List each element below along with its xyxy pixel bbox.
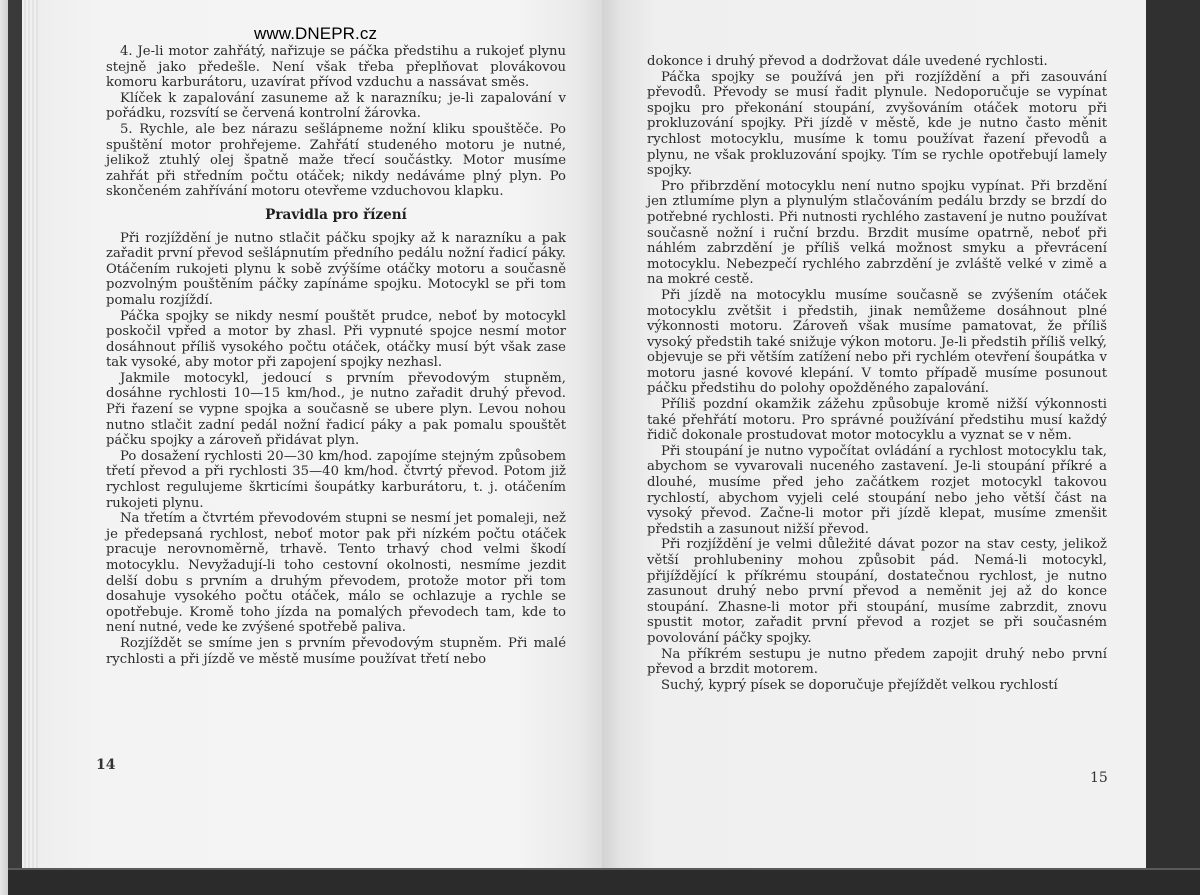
paragraph: Jakmile motocykl, jedoucí s prvním převo… <box>106 371 566 449</box>
scanner-edge <box>0 0 8 895</box>
bottom-background <box>8 868 1200 895</box>
paragraph: Na příkrém sestupu je nutno předem zapoj… <box>647 647 1107 678</box>
paragraph: Při rozjíždění je nutno stlačit páčku sp… <box>106 231 566 309</box>
paragraph: Klíček k zapalování zasuneme až k narazn… <box>106 91 566 122</box>
paragraph: Suchý, kyprý písek se doporučuje přejížd… <box>647 678 1107 694</box>
paragraph: Páčka spojky se nikdy nesmí pouštět prud… <box>106 309 566 371</box>
paragraph: 5. Rychle, ale bez nárazu sešlápneme nož… <box>106 122 566 200</box>
paragraph: Na třetím a čtvrtém převodovém stupni se… <box>106 511 566 636</box>
watermark: www.DNEPR.cz <box>254 24 377 44</box>
paragraph: Příliš pozdní okamžik zážehu způsobuje k… <box>647 397 1107 444</box>
paragraph: Při jízdě na motocyklu musíme současně s… <box>647 288 1107 397</box>
page-number-right: 15 <box>1090 770 1108 786</box>
paragraph: Při rozjíždění je velmi důležité dávat p… <box>647 537 1107 646</box>
paragraph: 4. Je-li motor zahřátý, nařizuje se páčk… <box>106 44 566 91</box>
page-number-left: 14 <box>96 757 115 773</box>
right-page-text: dokonce i druhý převod a dodržovat dále … <box>647 54 1107 693</box>
section-heading: Pravidla pro řízení <box>106 208 566 224</box>
left-page-text: 4. Je-li motor zahřátý, nařizuje se páčk… <box>106 44 566 667</box>
right-background <box>1146 0 1200 895</box>
paragraph: Rozjíždět se smíme jen s prvním převodov… <box>106 636 566 667</box>
paragraph: Pro přibrzdění motocyklu není nutno spoj… <box>647 179 1107 288</box>
paragraph-continuation: dokonce i druhý převod a dodržovat dále … <box>647 54 1107 70</box>
paragraph: Páčka spojky se používá jen při rozjíždě… <box>647 70 1107 179</box>
paragraph: Při stoupání je nutno vypočítat ovládání… <box>647 444 1107 538</box>
paragraph: Po dosažení rychlosti 20—30 km/hod. zapo… <box>106 449 566 511</box>
